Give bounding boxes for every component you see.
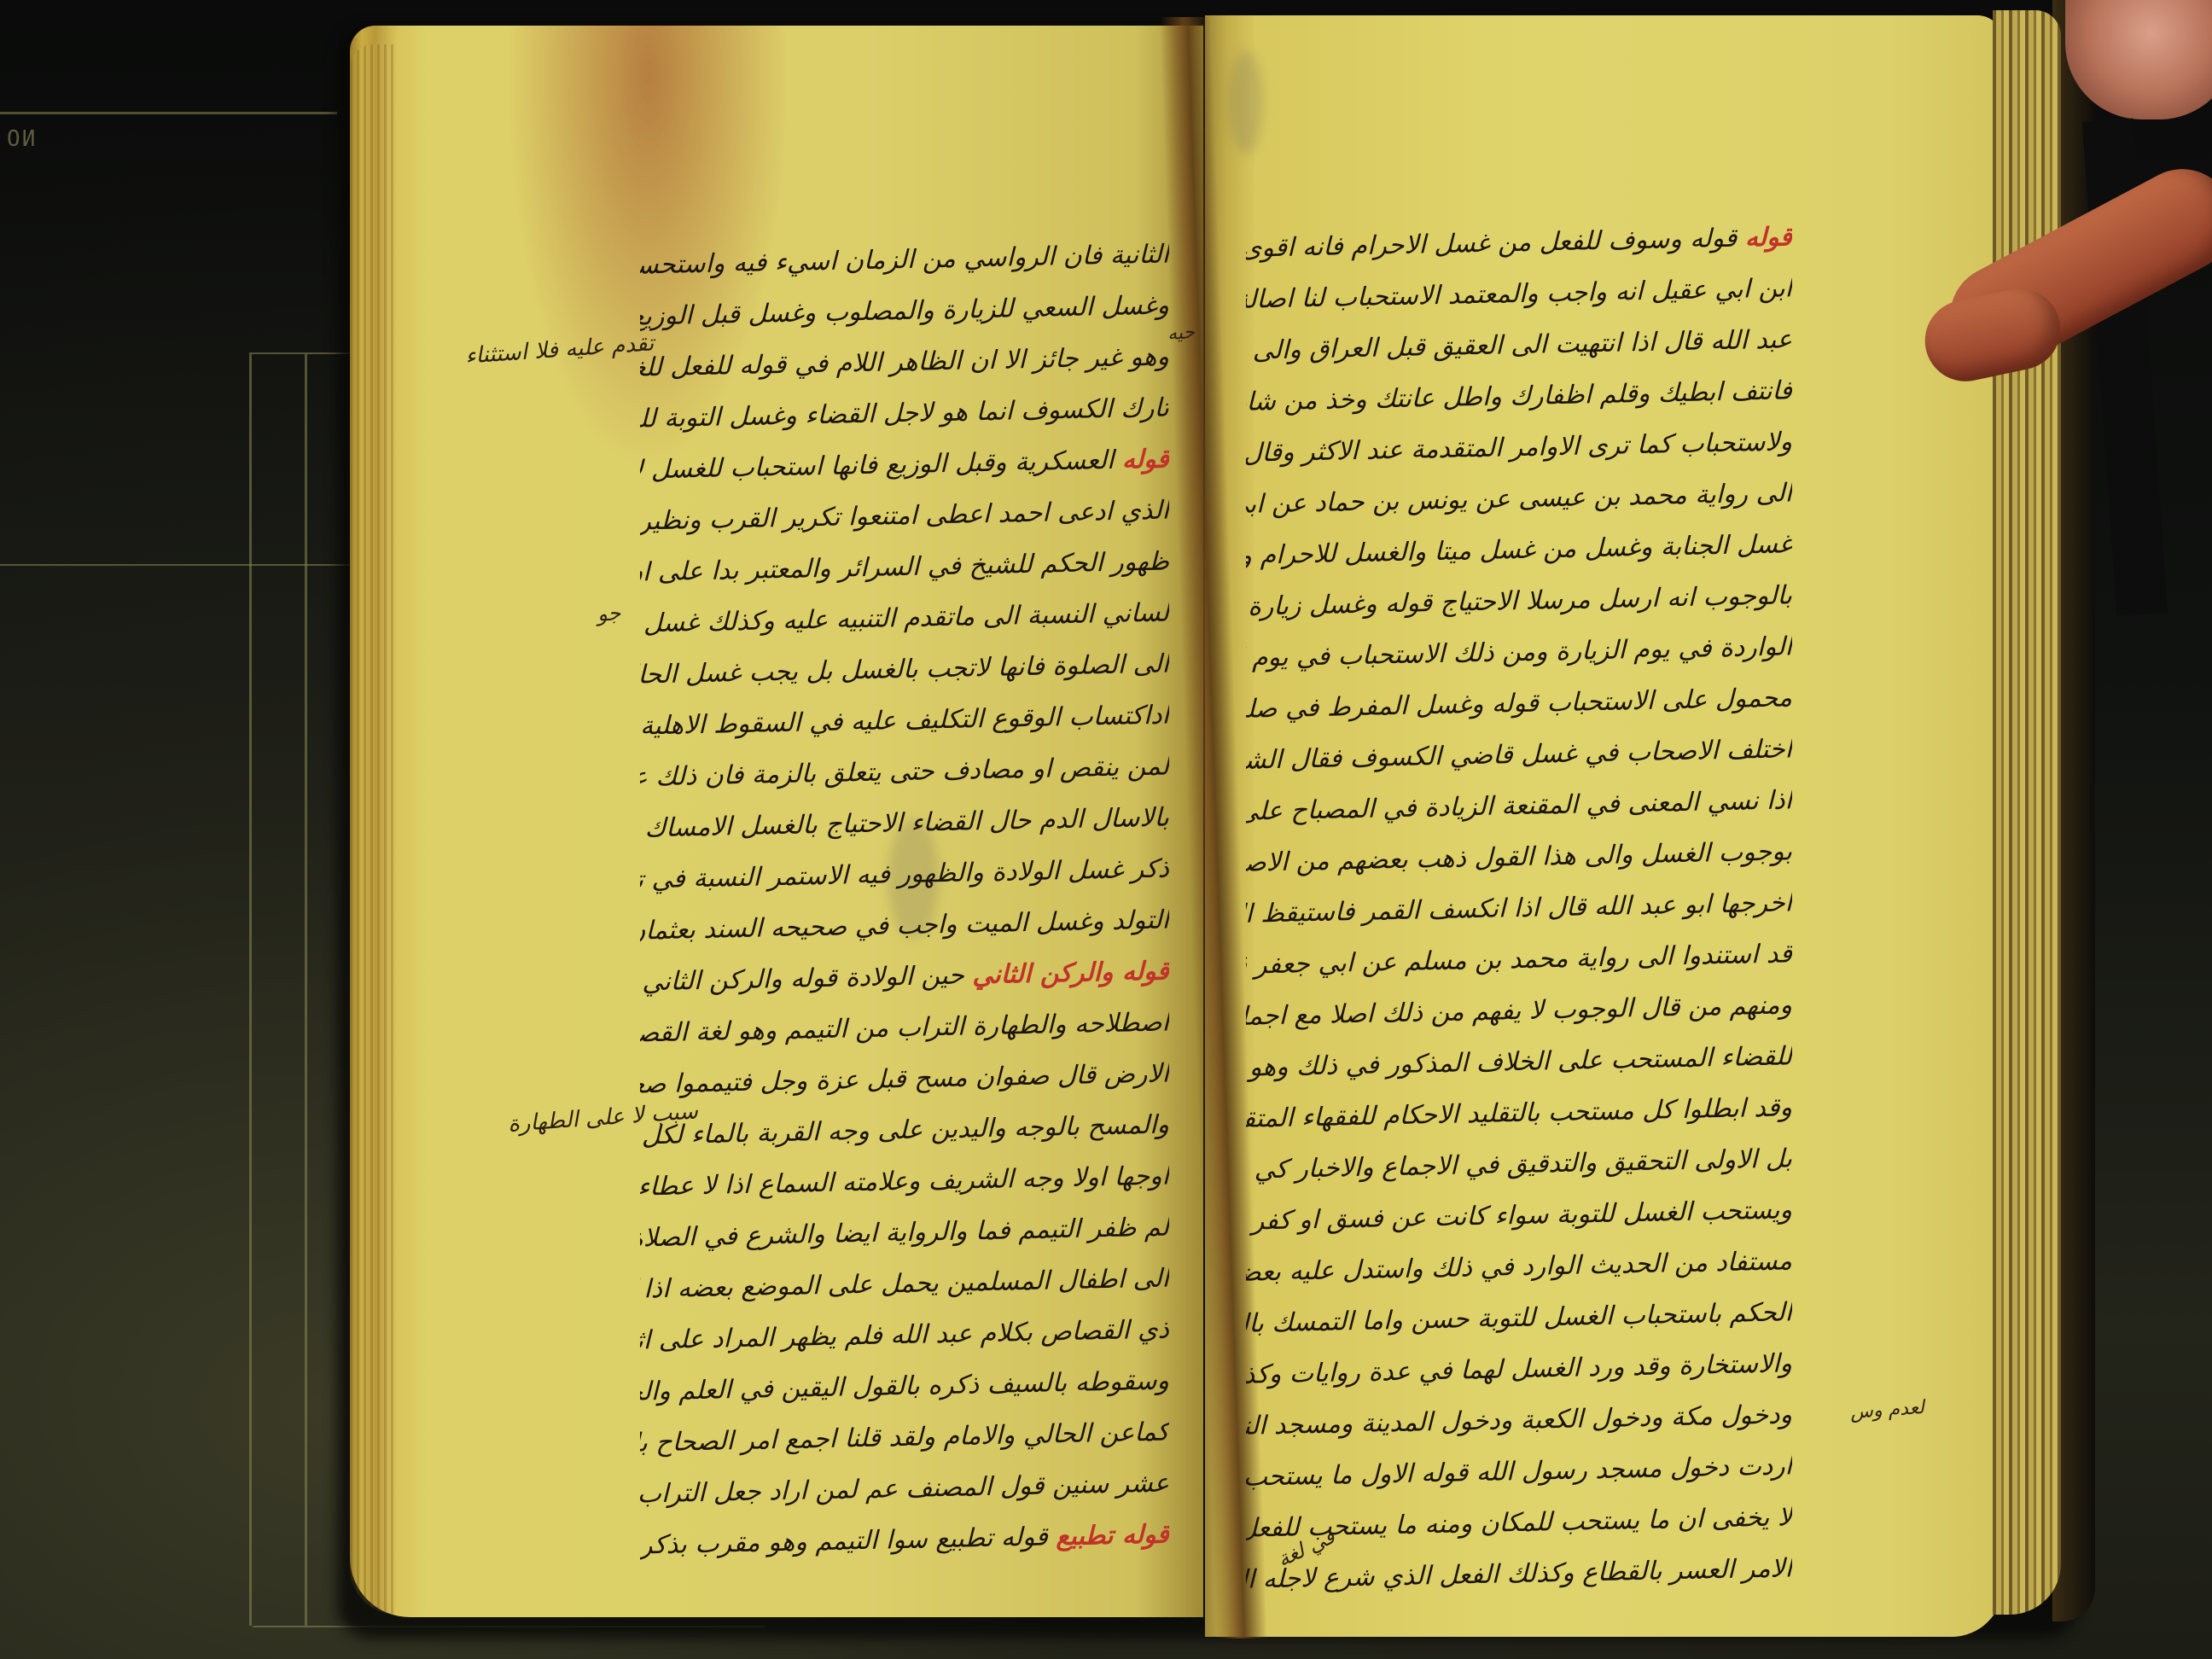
text-line: قوله تطبيع قوله تطبيع سوا التيمم وهو مقر… [640, 1510, 1169, 1572]
table-guide-line-top-short [249, 352, 352, 354]
right-page-text: قوله قوله وسوف للفعل من غسل الاحرام فانه… [1246, 218, 1792, 1600]
table-guide-line-middle [0, 564, 350, 566]
left-page-stack-edge [350, 44, 397, 1615]
table-guide-line-vertical-2 [305, 354, 307, 1626]
text-line: الامر العسر بالقطاع وكذلك الفعل الذي شرع… [1246, 1543, 1792, 1605]
left-page-text: الثانية فان الرواسي من الزمان اسيء فيه و… [640, 235, 1169, 1566]
rubric-qawluhu: قوله [1745, 222, 1792, 253]
paper-stain [1229, 51, 1263, 154]
margin-note-gutter: حيه [1167, 322, 1196, 345]
table-label: NO [5, 126, 35, 152]
rubric-bottom: قوله تطبيع [1056, 1520, 1169, 1552]
rubric-phrase: قوله والركن الثاني [972, 957, 1169, 991]
table-guide-line-top [0, 112, 337, 114]
margin-note-left-middle: جو [597, 601, 621, 626]
rubric-qawluhu: قوله [1122, 445, 1169, 475]
table-guide-line-vertical-1 [249, 354, 252, 1626]
